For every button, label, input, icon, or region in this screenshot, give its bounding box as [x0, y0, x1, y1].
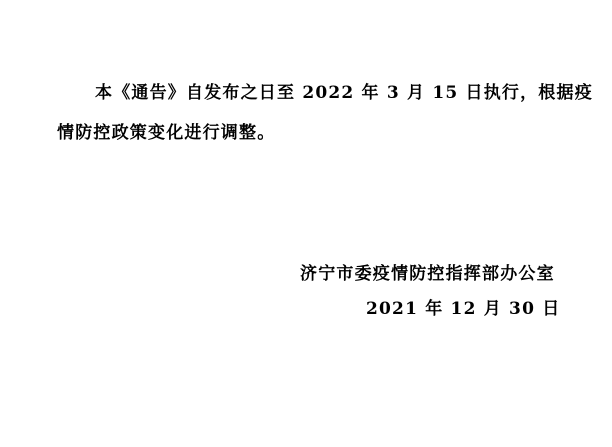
paragraph-line-1: 本《通告》自发布之日至 2022 年 3 月 15 日执行，根据疫 [95, 78, 593, 103]
signature-date: 2021 年 12 月 30 日 [366, 294, 560, 319]
signature-organization: 济宁市委疫情防控指挥部办公室 [300, 259, 555, 284]
paragraph-line-2: 情防控政策变化进行调整。 [57, 118, 275, 143]
